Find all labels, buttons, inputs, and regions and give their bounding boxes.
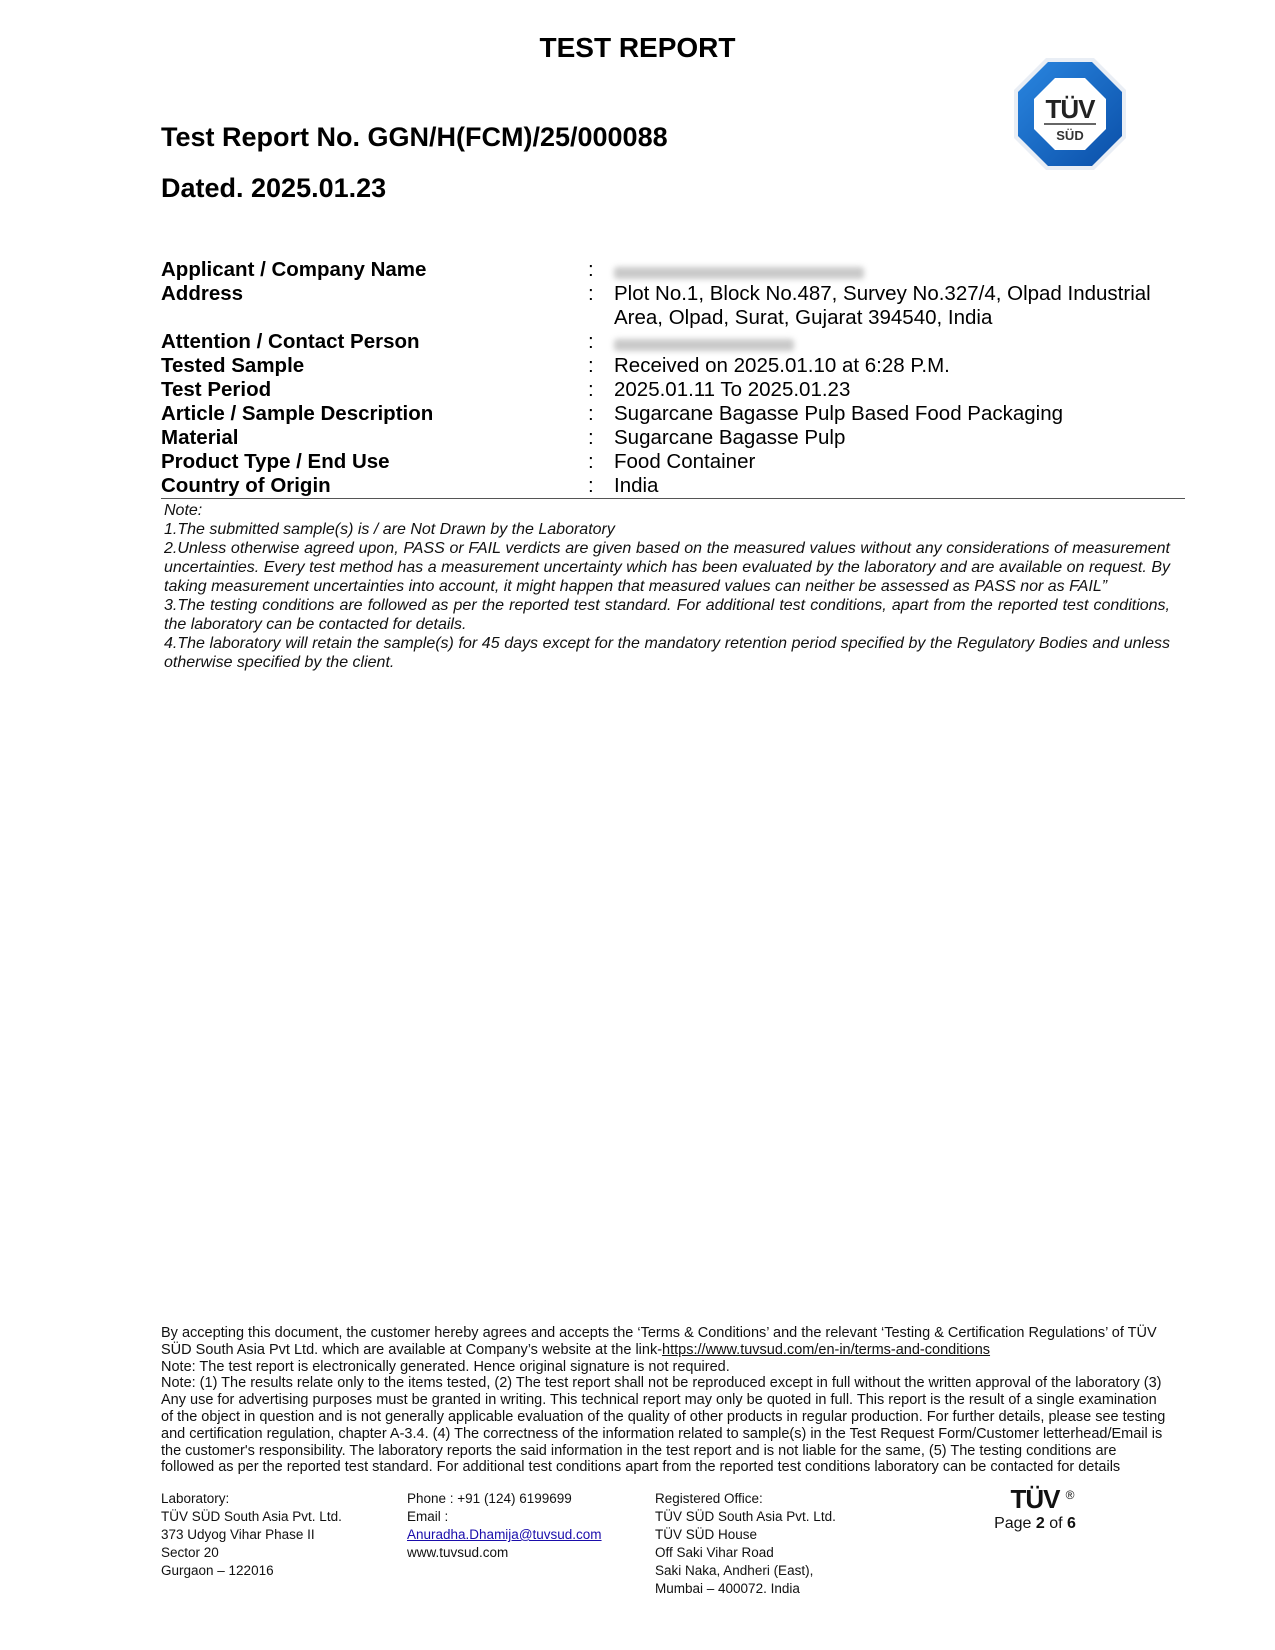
info-value: Sugarcane Bagasse Pulp bbox=[614, 426, 1186, 450]
note-item: 2.Unless otherwise agreed upon, PASS or … bbox=[164, 539, 1170, 596]
info-value: Received on 2025.01.10 at 6:28 P.M. bbox=[614, 354, 1186, 378]
info-divider bbox=[161, 498, 1185, 499]
info-colon: : bbox=[586, 474, 614, 498]
page-total: 6 bbox=[1067, 1515, 1076, 1532]
report-date: Dated. 2025.01.23 bbox=[161, 173, 386, 204]
info-row: Test Period:2025.01.11 To 2025.01.23 bbox=[161, 378, 1186, 402]
info-value: Food Container bbox=[614, 450, 1186, 474]
office-line: Saki Naka, Andheri (East), bbox=[655, 1562, 836, 1580]
redacted-value bbox=[614, 330, 1186, 354]
info-row: Material:Sugarcane Bagasse Pulp bbox=[161, 426, 1186, 450]
website: www.tuvsud.com bbox=[407, 1544, 602, 1562]
info-colon: : bbox=[586, 378, 614, 402]
report-info-table: Applicant / Company Name:Address:Plot No… bbox=[161, 258, 1186, 498]
info-colon: : bbox=[586, 354, 614, 378]
info-colon: : bbox=[586, 402, 614, 426]
info-row: Attention / Contact Person: bbox=[161, 330, 1186, 354]
email-label: Email : bbox=[407, 1508, 602, 1526]
info-row: Applicant / Company Name: bbox=[161, 258, 1186, 282]
redacted-value bbox=[614, 258, 1186, 282]
info-label: Material bbox=[161, 426, 586, 450]
info-value: 2025.01.11 To 2025.01.23 bbox=[614, 378, 1186, 402]
page-sep: of bbox=[1045, 1515, 1067, 1532]
report-number: Test Report No. GGN/H(FCM)/25/000088 bbox=[161, 122, 668, 153]
registered-icon: ® bbox=[1066, 1486, 1074, 1504]
office-line: Off Saki Vihar Road bbox=[655, 1544, 836, 1562]
note-item: 1.The submitted sample(s) is / are Not D… bbox=[164, 520, 1170, 539]
footer-terms: By accepting this document, the customer… bbox=[161, 1325, 1166, 1476]
info-row: Address:Plot No.1, Block No.487, Survey … bbox=[161, 282, 1186, 330]
info-row: Article / Sample Description:Sugarcane B… bbox=[161, 402, 1186, 426]
svg-text:TÜV: TÜV bbox=[1046, 94, 1097, 124]
lab-line: Sector 20 bbox=[161, 1544, 342, 1562]
office-line: TÜV SÜD South Asia Pvt. Ltd. bbox=[655, 1508, 836, 1526]
note-item: 4.The laboratory will retain the sample(… bbox=[164, 634, 1170, 672]
lab-line: Laboratory: bbox=[161, 1490, 342, 1508]
info-label: Tested Sample bbox=[161, 354, 586, 378]
info-colon: : bbox=[586, 426, 614, 450]
info-label: Product Type / End Use bbox=[161, 450, 586, 474]
info-label: Address bbox=[161, 282, 586, 330]
email-link[interactable]: Anuradha.Dhamija@tuvsud.com bbox=[407, 1527, 602, 1542]
tuv-brand-mark: TÜV® bbox=[1011, 1490, 1060, 1508]
info-colon: : bbox=[586, 282, 614, 330]
info-row: Country of Origin:India bbox=[161, 474, 1186, 498]
office-line: Mumbai – 400072. India bbox=[655, 1580, 836, 1598]
info-row: Product Type / End Use:Food Container bbox=[161, 450, 1186, 474]
terms-paragraph: By accepting this document, the customer… bbox=[161, 1325, 1166, 1359]
electronic-note: Note: The test report is electronically … bbox=[161, 1359, 1166, 1376]
lab-line: TÜV SÜD South Asia Pvt. Ltd. bbox=[161, 1508, 342, 1526]
info-label: Article / Sample Description bbox=[161, 402, 586, 426]
page-prefix: Page bbox=[994, 1515, 1036, 1532]
info-colon: : bbox=[586, 330, 614, 354]
terms-link[interactable]: https://www.tuvsud.com/en-in/terms-and-c… bbox=[662, 1342, 990, 1358]
info-colon: : bbox=[586, 258, 614, 282]
info-label: Applicant / Company Name bbox=[161, 258, 586, 282]
info-value: Plot No.1, Block No.487, Survey No.327/4… bbox=[614, 282, 1186, 330]
office-line: Registered Office: bbox=[655, 1490, 836, 1508]
page-indicator: TÜV® Page 2 of 6 bbox=[985, 1490, 1085, 1533]
laboratory-address: Laboratory: TÜV SÜD South Asia Pvt. Ltd.… bbox=[161, 1490, 342, 1580]
info-value: India bbox=[614, 474, 1186, 498]
lab-line: 373 Udyog Vihar Phase II bbox=[161, 1526, 342, 1544]
note-item: 3.The testing conditions are followed as… bbox=[164, 596, 1170, 634]
page-number: Page 2 of 6 bbox=[985, 1515, 1085, 1533]
info-value: Sugarcane Bagasse Pulp Based Food Packag… bbox=[614, 402, 1186, 426]
redaction-blur bbox=[614, 339, 794, 351]
page-current: 2 bbox=[1036, 1515, 1045, 1532]
registered-office: Registered Office: TÜV SÜD South Asia Pv… bbox=[655, 1490, 836, 1598]
svg-text:SÜD: SÜD bbox=[1056, 128, 1083, 143]
info-label: Attention / Contact Person bbox=[161, 330, 586, 354]
info-row: Tested Sample:Received on 2025.01.10 at … bbox=[161, 354, 1186, 378]
redaction-blur bbox=[614, 267, 864, 279]
conditions-note: Note: (1) The results relate only to the… bbox=[161, 1375, 1166, 1476]
tuv-sud-logo-icon: TÜV SÜD bbox=[1010, 54, 1130, 174]
office-line: TÜV SÜD House bbox=[655, 1526, 836, 1544]
info-label: Test Period bbox=[161, 378, 586, 402]
info-colon: : bbox=[586, 450, 614, 474]
brand-text: TÜV bbox=[1011, 1484, 1060, 1514]
contact-info: Phone : +91 (124) 6199699 Email : Anurad… bbox=[407, 1490, 602, 1562]
notes-heading: Note: bbox=[164, 501, 1170, 520]
notes-section: Note: 1.The submitted sample(s) is / are… bbox=[164, 501, 1170, 672]
phone: Phone : +91 (124) 6199699 bbox=[407, 1490, 602, 1508]
lab-line: Gurgaon – 122016 bbox=[161, 1562, 342, 1580]
terms-text: By accepting this document, the customer… bbox=[161, 1325, 1157, 1358]
info-label: Country of Origin bbox=[161, 474, 586, 498]
